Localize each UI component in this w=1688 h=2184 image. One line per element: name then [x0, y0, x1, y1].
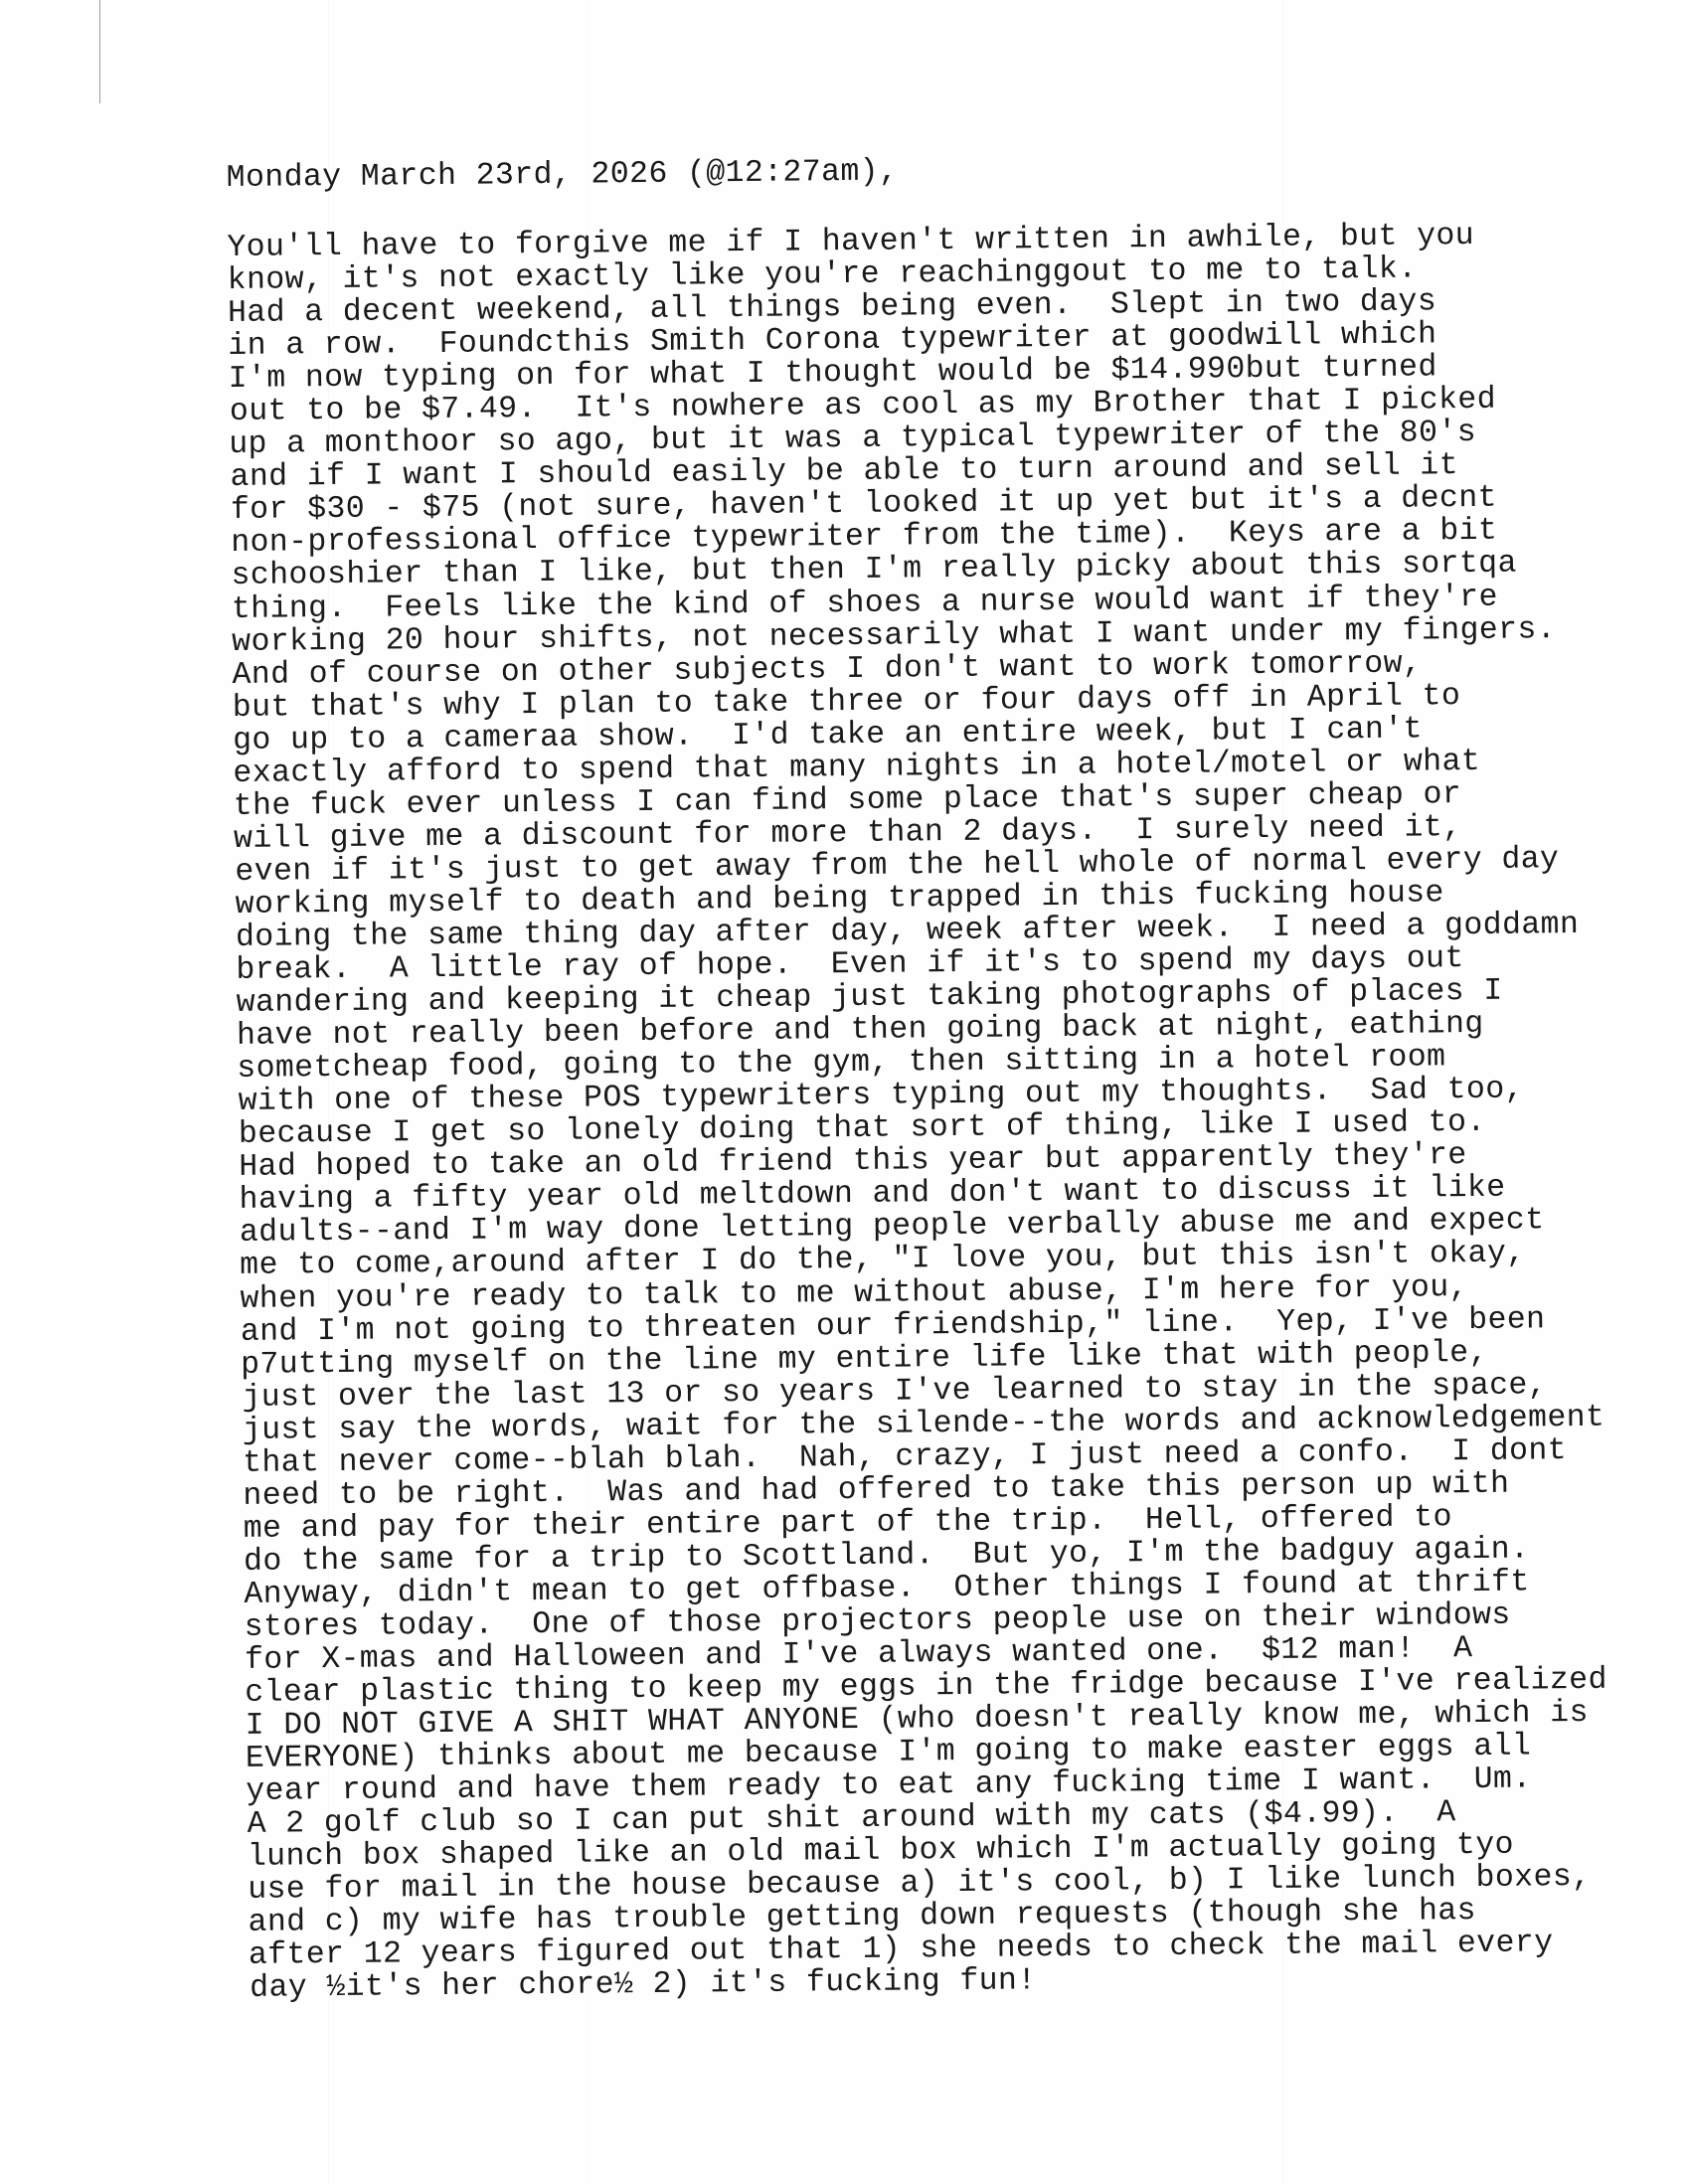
journal-body: You'll have to forgive me if I haven't w… — [227, 218, 1610, 2005]
scan-edge-mark — [99, 0, 100, 103]
date-header: Monday March 23rd, 2026 (@12:27am), — [227, 155, 899, 197]
